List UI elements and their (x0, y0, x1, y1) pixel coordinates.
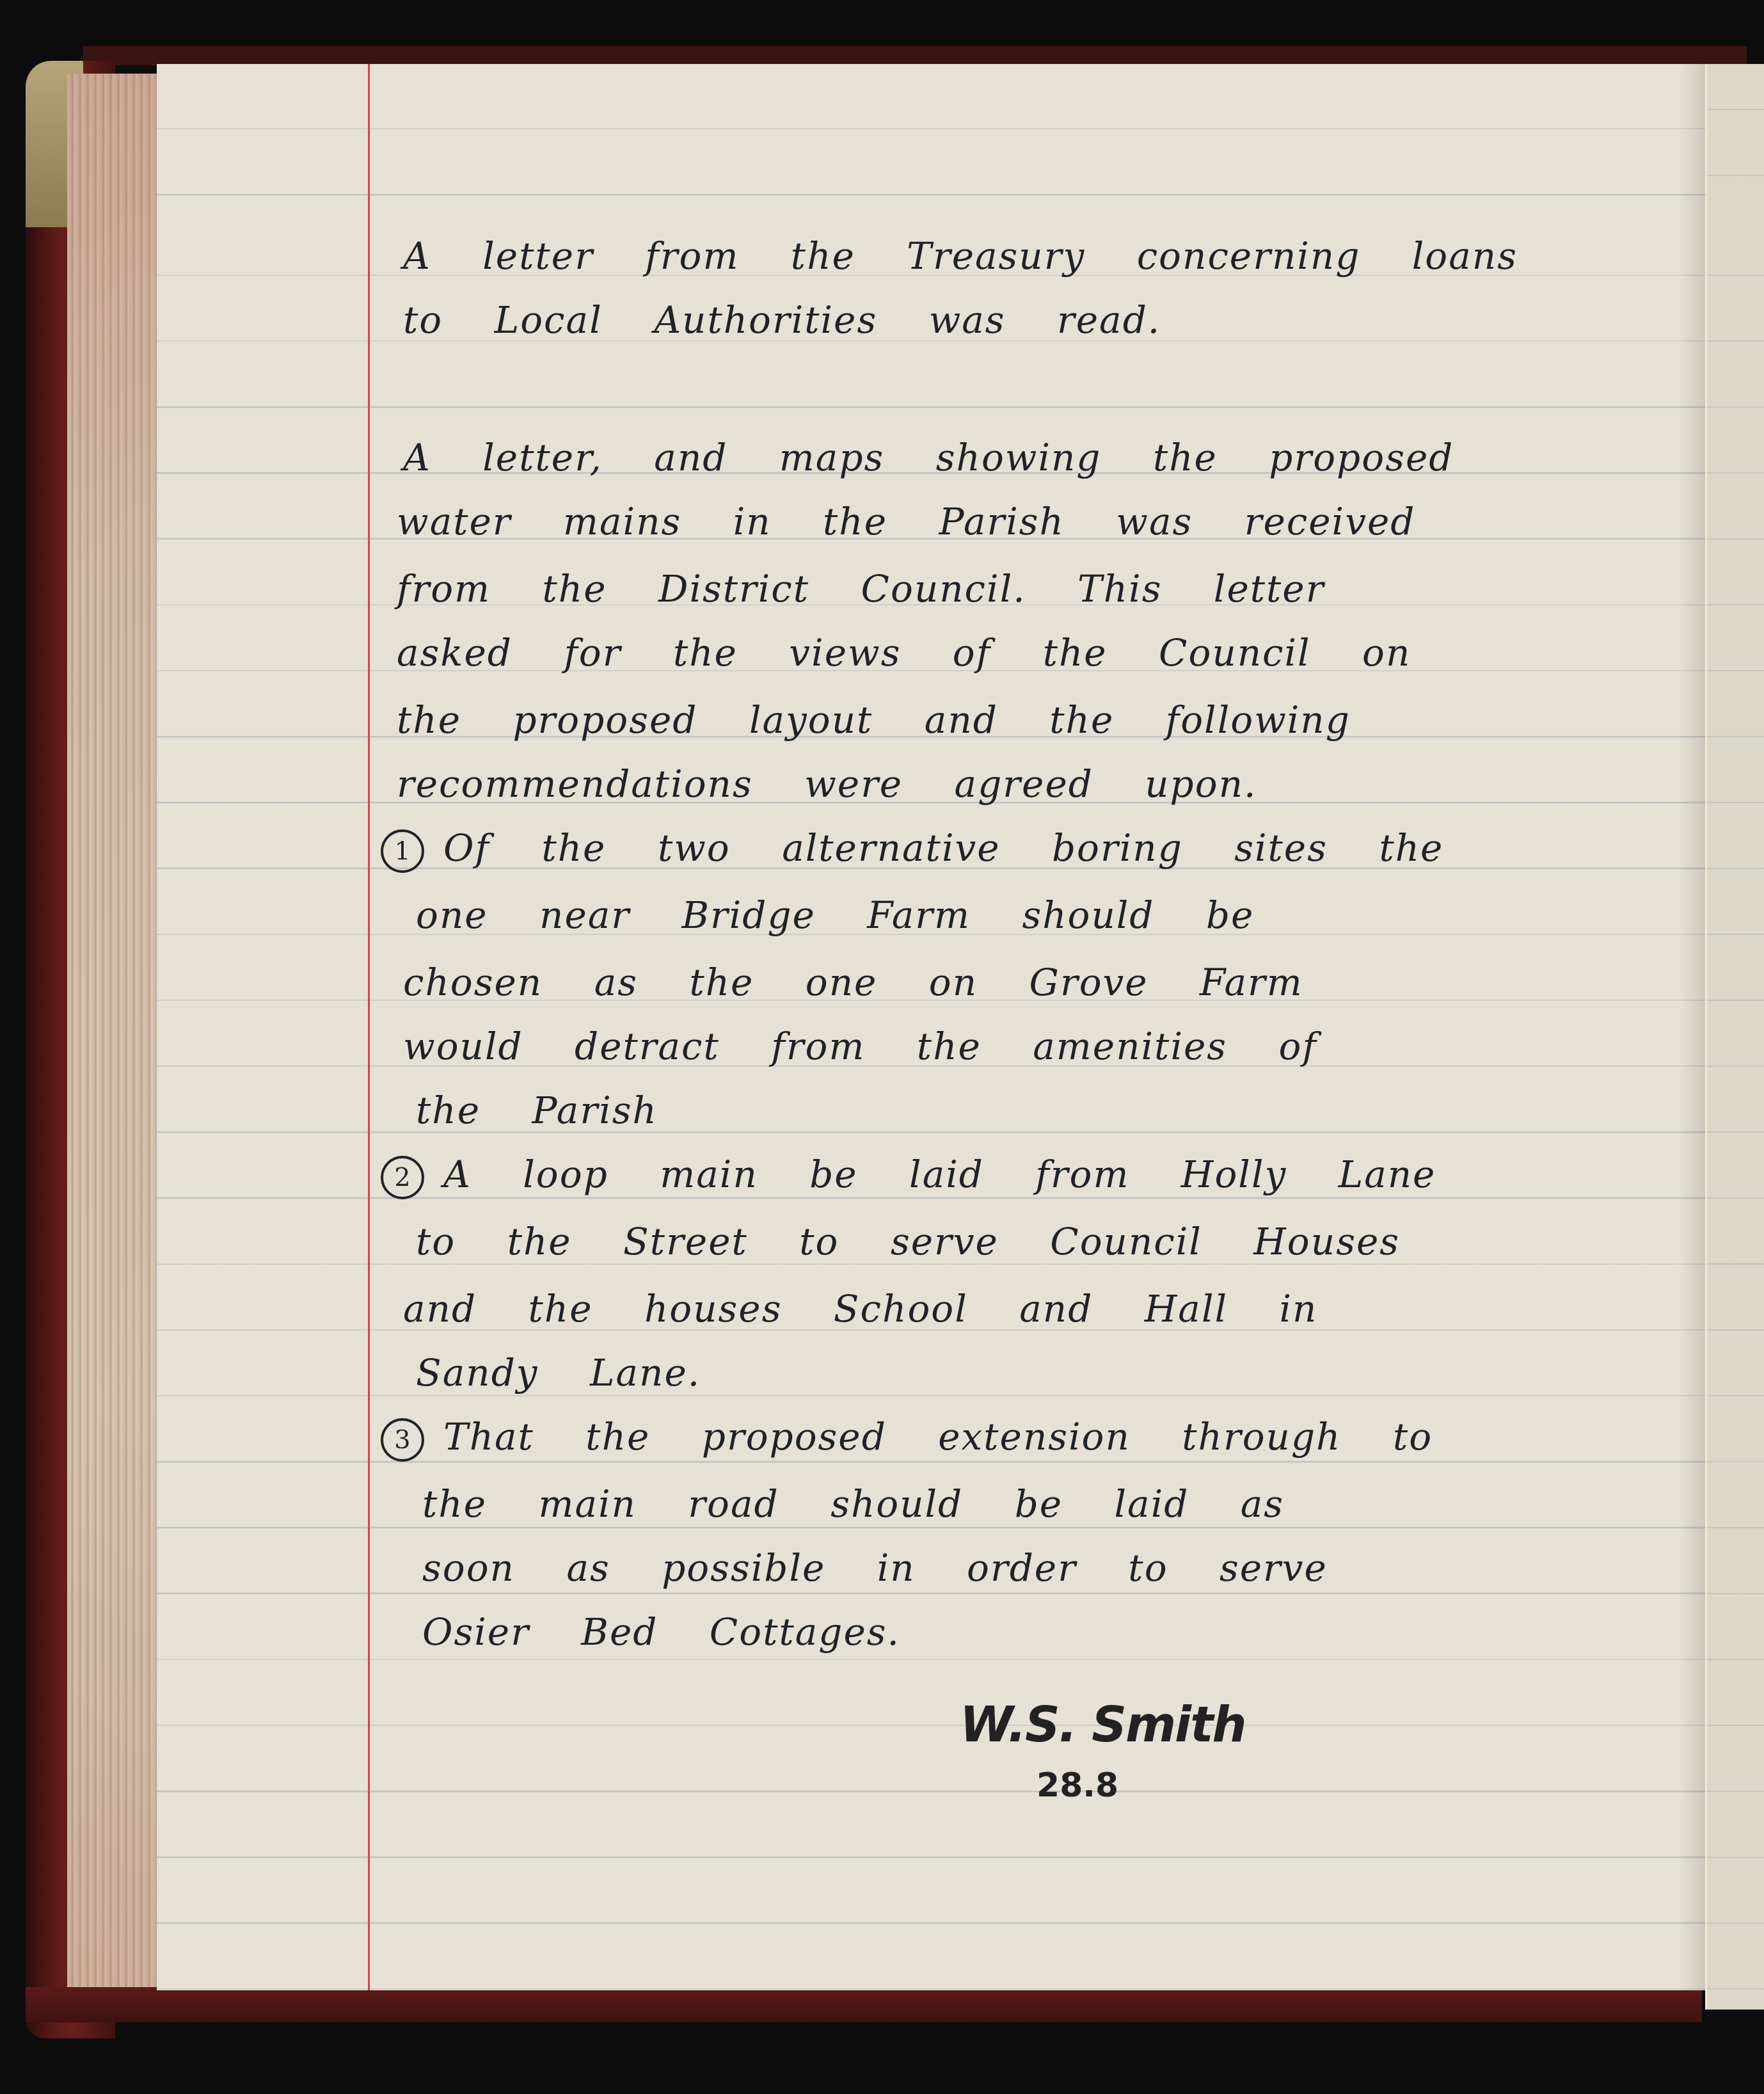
text-line: would detract from the amenities of (403, 1024, 1317, 1069)
page-stack-edges (67, 74, 160, 1987)
facing-page-edge (1705, 64, 1764, 2010)
text-line: chosen as the one on Grove Farm (403, 960, 1303, 1005)
text-line: the main road should be laid as (422, 1482, 1284, 1526)
text-line: the proposed layout and the following (397, 698, 1351, 742)
text-line: recommendations were agreed upon. (397, 762, 1257, 806)
gutter-shadow (1680, 64, 1705, 1990)
signature-date: 28.8 (1037, 1766, 1118, 1805)
circled-number-3: 3 (381, 1418, 424, 1462)
text-line: A letter, and maps showing the proposed (403, 435, 1454, 480)
red-margin-line (368, 64, 370, 1990)
text-line: from the District Council. This letter (397, 566, 1324, 611)
recommendation-2-line: 2A loop main be laid from Holly Lane (381, 1152, 1436, 1199)
text-line: to Local Authorities was read. (403, 298, 1161, 342)
text-line: Sandy Lane. (416, 1350, 701, 1395)
text-line: asked for the views of the Council on (397, 630, 1411, 675)
book-cover-bottom-edge (26, 1987, 1702, 2022)
text-line: A letter from the Treasury concerning lo… (403, 234, 1518, 278)
recommendation-3-line: 3That the proposed extension through to (381, 1414, 1433, 1462)
text-line: and the houses School and Hall in (403, 1286, 1317, 1331)
circled-number-2: 2 (381, 1156, 424, 1199)
text-line: Osier Bed Cottages. (422, 1610, 900, 1654)
text-line: one near Bridge Farm should be (416, 893, 1254, 938)
chairman-signature: W.S. Smith (960, 1696, 1246, 1753)
text-line: the Parish (416, 1088, 658, 1133)
text-line: to the Street to serve Council Houses (416, 1219, 1400, 1264)
circled-number-1: 1 (381, 829, 424, 873)
text-line: water mains in the Parish was received (397, 499, 1415, 544)
text-line: soon as possible in order to serve (422, 1546, 1328, 1590)
recommendation-1-line: 1Of the two alternative boring sites the (381, 826, 1443, 873)
book-cover-top-edge (83, 46, 1747, 65)
